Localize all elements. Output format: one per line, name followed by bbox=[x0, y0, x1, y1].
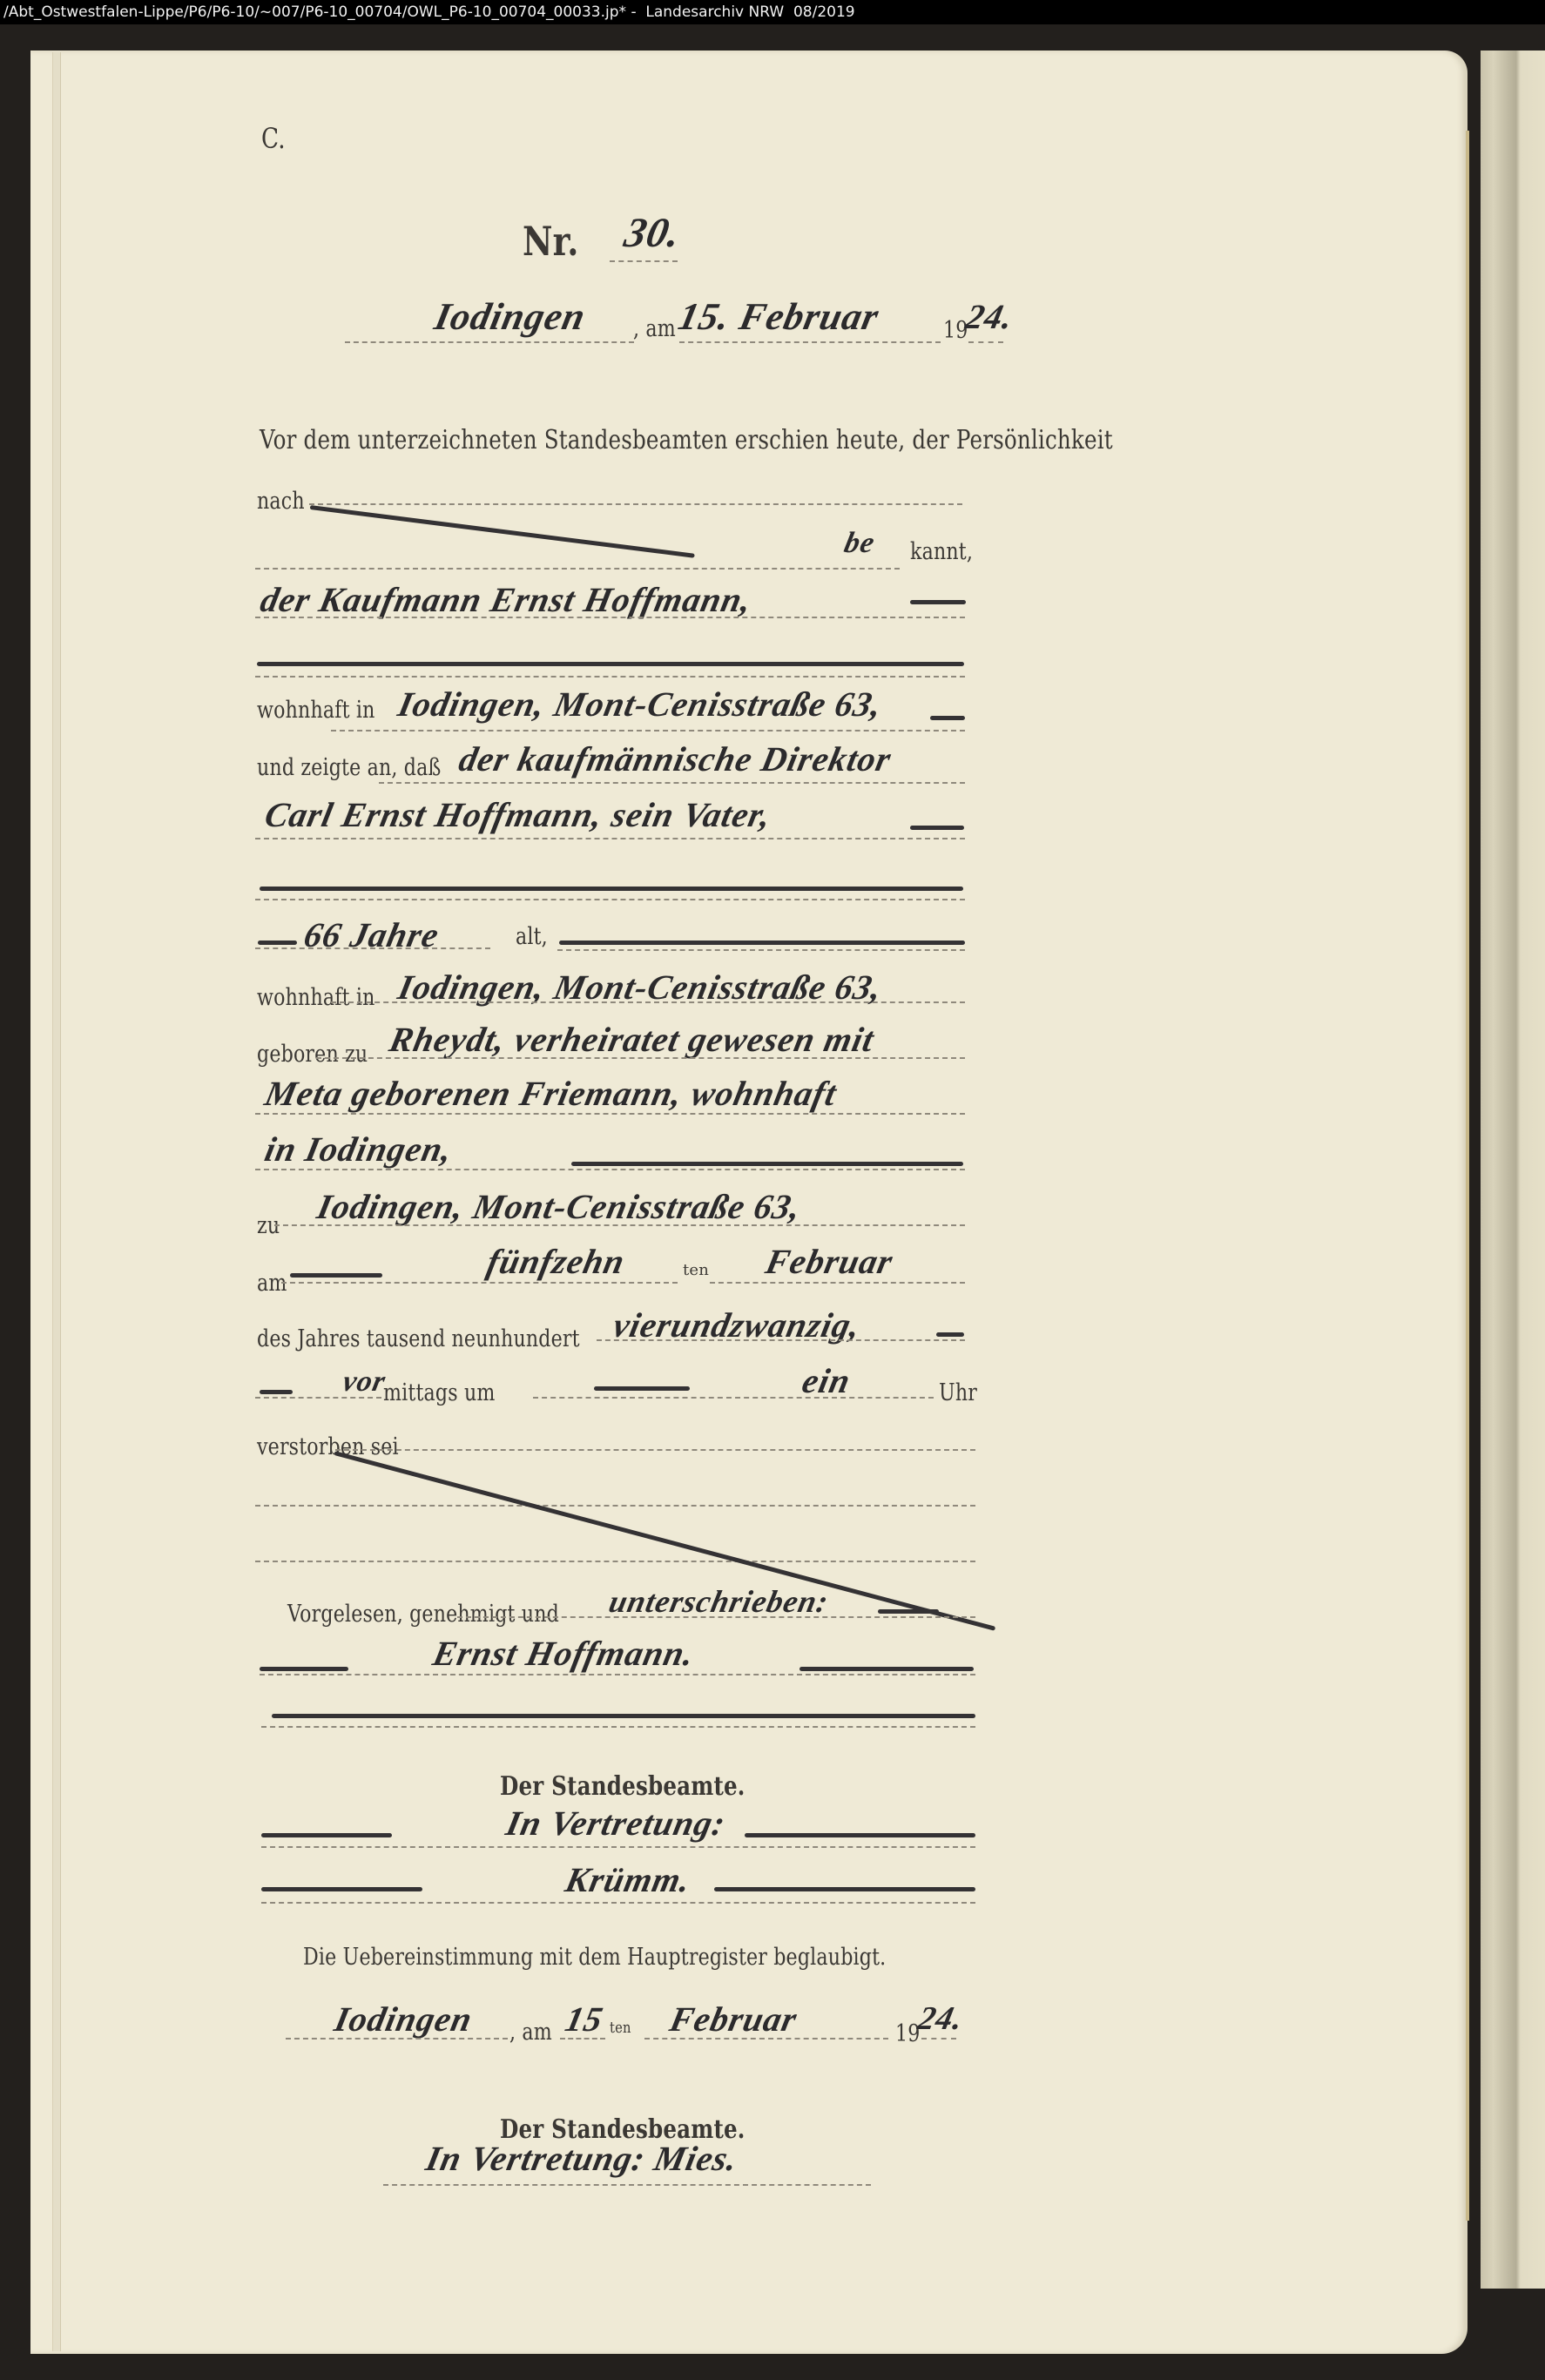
fill-stroke bbox=[936, 1332, 964, 1337]
birth-line2-dotted-line bbox=[255, 1113, 965, 1115]
signature-dotted-line bbox=[260, 1674, 975, 1675]
birth-line3: in Iodingen, bbox=[261, 1129, 456, 1170]
nr-value: 30. bbox=[620, 209, 685, 257]
registrar-sig-line1: In Vertretung: bbox=[503, 1803, 730, 1844]
deceased-line1: der kaufmännische Direktor bbox=[455, 738, 895, 779]
blank-dotted-line bbox=[261, 1726, 975, 1728]
birth-line2: Meta geborenen Friemann, wohnhaft bbox=[261, 1073, 840, 1114]
window-title-bar: /Abt_Ostwestfalen-Lippe/P6/P6-10/~007/P6… bbox=[0, 0, 1545, 24]
deceased-line2: Carl Ernst Hoffmann, sein Vater, bbox=[261, 794, 775, 835]
intro-text: Vor dem unterzeichneten Standesbeamten e… bbox=[260, 425, 1113, 455]
cert-month-dotted-line bbox=[644, 2038, 888, 2040]
cert-year-suffix: 24. bbox=[914, 1999, 967, 2038]
fill-stroke bbox=[260, 1390, 293, 1394]
cert-year-dotted-line bbox=[921, 2038, 956, 2040]
date-dotted-line bbox=[679, 341, 941, 343]
fill-stroke bbox=[260, 1667, 348, 1671]
zu-dotted-line bbox=[274, 1224, 965, 1226]
verstorben-label: verstorben sei bbox=[257, 1433, 399, 1460]
birth-line1: Rheydt, verheiratet gewesen mit bbox=[386, 1019, 878, 1060]
fill-stroke bbox=[714, 1887, 975, 1891]
death-day: fünfzehn bbox=[483, 1241, 629, 1282]
verstorben-dotted-line bbox=[335, 1449, 975, 1451]
deceased-dotted-line bbox=[255, 838, 965, 839]
death-month: Februar bbox=[762, 1241, 897, 1282]
blank-dotted-line bbox=[255, 1505, 975, 1507]
year-suffix: 24. bbox=[962, 296, 1017, 337]
cert-ten-label: ten bbox=[610, 2019, 631, 2037]
form-letter: C. bbox=[261, 122, 286, 155]
nr-label: Nr. bbox=[523, 218, 579, 265]
nach-dotted-line bbox=[309, 503, 962, 505]
month-dotted-line bbox=[710, 1282, 965, 1284]
kannt-label: kannt, bbox=[910, 538, 973, 565]
alt-label: alt, bbox=[516, 923, 548, 950]
cert-day-dotted-line bbox=[560, 2038, 605, 2040]
fill-stroke bbox=[571, 1162, 963, 1166]
fill-stroke bbox=[258, 941, 297, 945]
cert-am-label: , am bbox=[509, 2019, 552, 2046]
cert-signature-dotted-line bbox=[383, 2184, 871, 2186]
geboren-label: geboren zu bbox=[257, 1041, 368, 1068]
uhr-label: Uhr bbox=[939, 1379, 977, 1406]
informant-signature: Ernst Hoffmann. bbox=[429, 1633, 698, 1674]
hour-hand: ein bbox=[799, 1360, 854, 1401]
day-dotted-line bbox=[281, 1282, 678, 1284]
fill-stroke bbox=[930, 716, 965, 720]
informant-residence: Iodingen, Mont-Cenisstraße 63, bbox=[395, 684, 887, 725]
geboren-dotted-line bbox=[316, 1057, 965, 1059]
date-value: 15. Februar bbox=[675, 294, 883, 339]
wohnhaft-label-2: wohnhaft in bbox=[257, 984, 375, 1011]
und-zeigte-label: und zeigte an, daß bbox=[257, 754, 441, 781]
nach-label: nach bbox=[257, 488, 305, 515]
fill-stroke bbox=[594, 1386, 690, 1391]
cert-signature: In Vertretung: Mies. bbox=[422, 2138, 742, 2179]
certification-text: Die Uebereinstimmung mit dem Hauptregist… bbox=[303, 1944, 886, 1971]
place-dotted-line bbox=[345, 341, 634, 343]
death-place: Iodingen, Mont-Cenisstraße 63, bbox=[314, 1186, 806, 1227]
mittags-label: mittags um bbox=[383, 1379, 496, 1406]
cert-place: Iodingen bbox=[331, 1999, 476, 2040]
fill-stroke bbox=[261, 1887, 422, 1891]
cert-place-dotted-line bbox=[286, 2038, 508, 2040]
blank-stroke bbox=[257, 662, 964, 666]
age-dotted-line bbox=[255, 947, 490, 949]
wohnhaft-2-dotted-line bbox=[331, 1001, 965, 1003]
am-label: , am bbox=[633, 315, 676, 342]
blank-dotted-line bbox=[255, 1561, 975, 1562]
page-fold-margin bbox=[52, 52, 61, 2351]
informant-value: der Kaufmann Ernst Hoffmann, bbox=[257, 579, 756, 620]
fill-stroke bbox=[878, 1609, 939, 1614]
informant-dotted-line bbox=[255, 617, 965, 618]
hour-dotted-line bbox=[533, 1397, 934, 1399]
vorgelesen-label: Vorgelesen, genehmigt und bbox=[287, 1601, 559, 1628]
fill-stroke bbox=[799, 1667, 974, 1671]
registrar-dotted-line-2 bbox=[261, 1902, 975, 1904]
fill-stroke bbox=[910, 600, 966, 604]
wohnhaft-dotted-line bbox=[331, 730, 965, 732]
blank-stroke bbox=[260, 887, 963, 891]
und-zeigte-dotted-line bbox=[379, 782, 965, 784]
birth-line3-dotted-line bbox=[255, 1169, 965, 1170]
place-value: Iodingen bbox=[431, 294, 590, 339]
blank-dotted-line bbox=[255, 899, 965, 900]
fill-stroke bbox=[290, 1273, 382, 1278]
alt-dotted-line bbox=[557, 949, 965, 951]
vor-dotted-line bbox=[255, 1397, 381, 1399]
kannt-dotted-line bbox=[255, 568, 900, 570]
year-dotted-line bbox=[968, 341, 1003, 343]
registrar-sig-line2: Krümm. bbox=[562, 1859, 695, 1900]
blank-stroke bbox=[272, 1714, 975, 1718]
vorgelesen-dotted-line bbox=[457, 1616, 975, 1618]
year-words-dotted-line bbox=[597, 1339, 965, 1341]
vor-hand: vor bbox=[340, 1365, 388, 1399]
page-right-edge bbox=[1466, 131, 1469, 2221]
registrar-heading: Der Standesbeamte. bbox=[500, 1771, 746, 1802]
nr-dotted-line bbox=[610, 260, 678, 262]
fill-stroke bbox=[910, 826, 964, 830]
fill-stroke bbox=[559, 941, 965, 945]
adjacent-page-strip bbox=[1481, 51, 1545, 2289]
fill-stroke bbox=[745, 1833, 975, 1837]
blank-dotted-line bbox=[255, 676, 965, 678]
des-jahres-label: des Jahres tausend neunhundert bbox=[257, 1325, 580, 1352]
unterschrieben-hand: unterschrieben: bbox=[606, 1583, 833, 1620]
registrar-dotted-line-1 bbox=[261, 1846, 975, 1848]
cert-month: Februar bbox=[666, 1999, 801, 2040]
fill-stroke bbox=[261, 1833, 392, 1837]
wohnhaft-label: wohnhaft in bbox=[257, 697, 375, 724]
